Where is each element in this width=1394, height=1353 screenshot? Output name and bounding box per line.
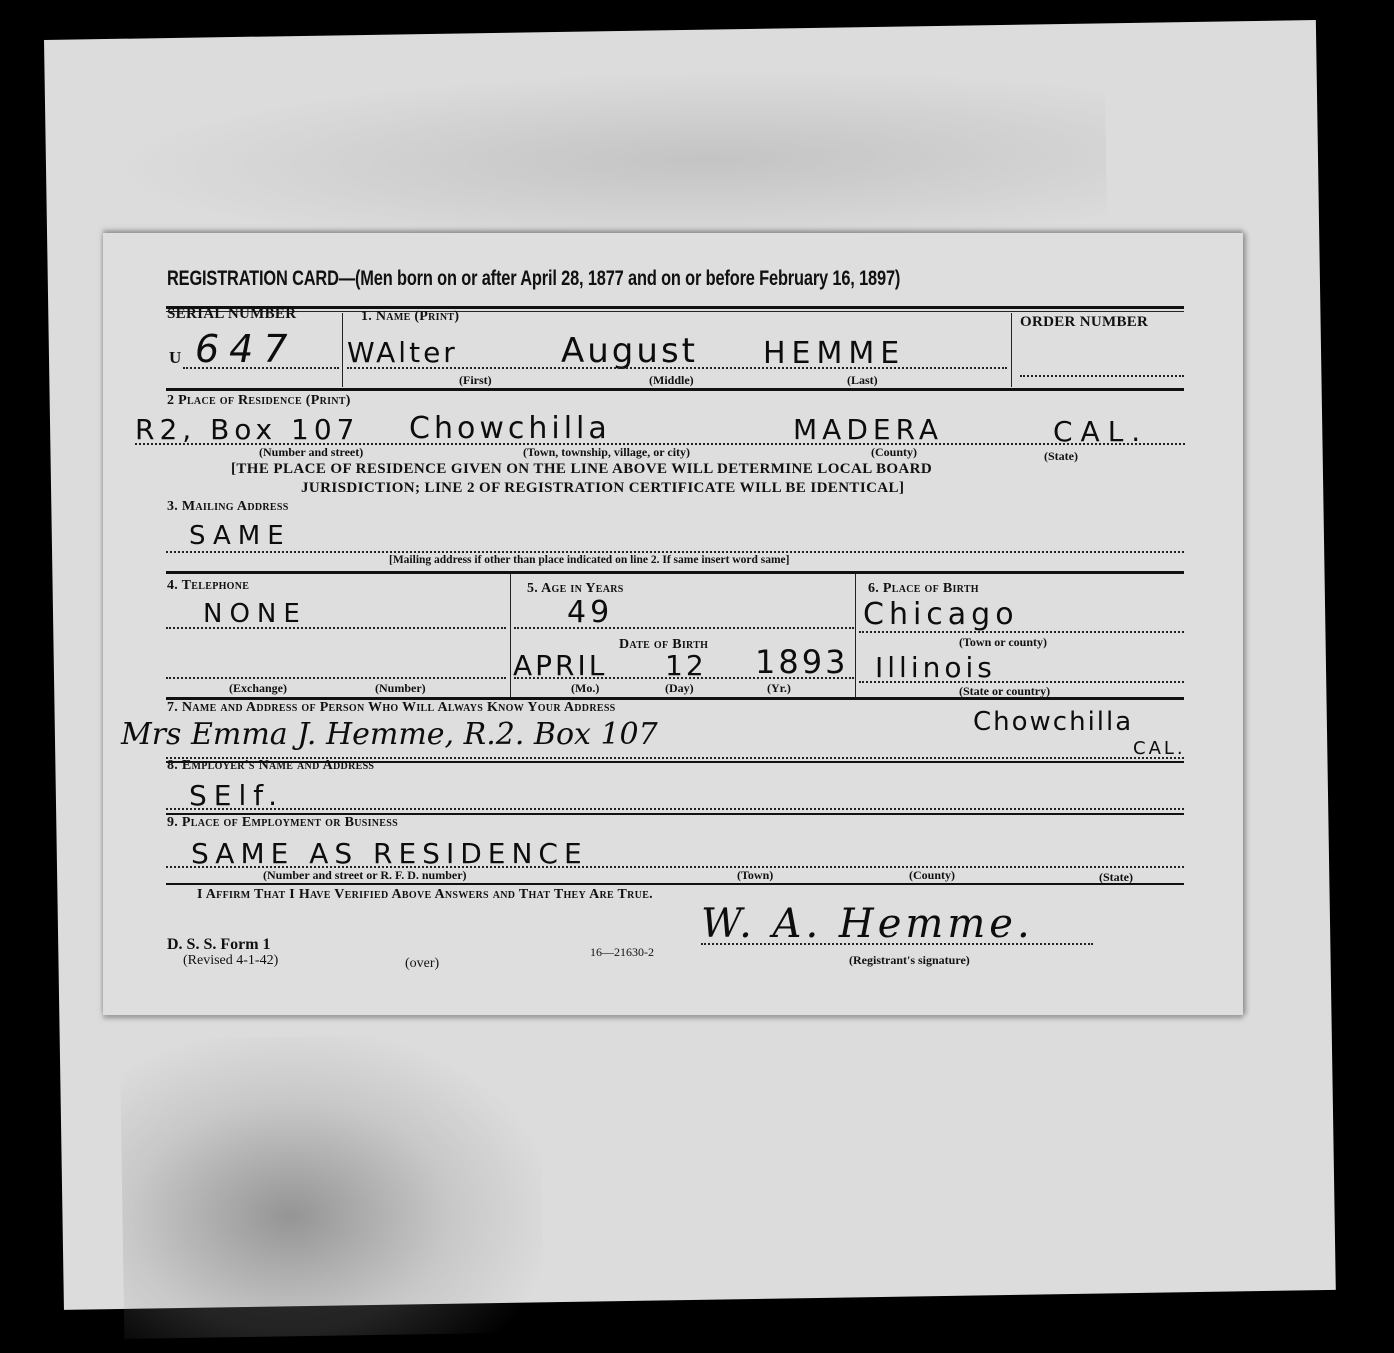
employer-underline [166, 808, 1184, 810]
year-caption: (Yr.) [767, 681, 791, 696]
jurisdiction-notice-2: JURISDICTION; LINE 2 OF REGISTRATION CER… [301, 480, 904, 497]
birthplace-label: 6. Place of Birth [868, 581, 979, 597]
name-first: WAlter [347, 336, 458, 369]
age-underline [514, 627, 854, 629]
birthplace-town-underline [859, 631, 1184, 633]
dob-year: 1893 [755, 643, 848, 681]
birthplace-town: Chicago [863, 597, 1019, 632]
birthplace-town-caption: (Town or county) [959, 635, 1047, 650]
serial-number-label: SERIAL NUMBER [167, 306, 296, 323]
contact-state: CAL. [1133, 738, 1186, 759]
rule [166, 388, 1184, 391]
order-number-underline [1020, 375, 1184, 377]
jurisdiction-notice-1: [THE PLACE OF RESIDENCE GIVEN ON THE LIN… [231, 461, 932, 478]
telephone-value: NONE [203, 599, 307, 629]
over-note: (over) [405, 956, 439, 972]
signature-underline [701, 943, 1093, 945]
town-caption: (Town, township, village, or city) [523, 445, 690, 460]
mailing-value: SAME [189, 521, 291, 551]
residence-street: R2, Box 107 [135, 413, 359, 446]
rule [166, 306, 1184, 309]
registration-card: REGISTRATION CARD—(Men born on or after … [103, 233, 1243, 1015]
mailing-underline [166, 551, 1184, 553]
affirmation-text: I Affirm That I Have Verified Above Answ… [197, 887, 653, 903]
first-caption: (First) [459, 373, 492, 388]
mailing-label: 3. Mailing Address [167, 499, 289, 515]
card-title: REGISTRATION CARD—(Men born on or after … [167, 267, 900, 291]
divider [1011, 313, 1012, 387]
employment-label: 9. Place of Employment or Business [167, 815, 398, 831]
exchange-caption: (Exchange) [229, 681, 287, 696]
dob-underline [514, 677, 854, 679]
county-caption: (County) [871, 445, 917, 460]
serial-prefix: U [169, 348, 182, 368]
employment-town-caption: (Town) [737, 868, 773, 883]
divider [855, 574, 856, 697]
form-revised: (Revised 4-1-42) [183, 953, 278, 969]
residence-label: 2 Place of Residence (Print) [167, 393, 351, 409]
contact-value: Mrs Emma J. Hemme, R.2. Box 107 [121, 717, 658, 752]
rule [166, 883, 1184, 885]
name-underline [347, 367, 1007, 369]
middle-caption: (Middle) [649, 373, 694, 388]
serial-number-value: 647 [195, 327, 298, 371]
employment-county-caption: (County) [909, 868, 955, 883]
telephone-underline [166, 627, 506, 629]
month-caption: (Mo.) [571, 681, 599, 696]
street-caption: (Number and street) [259, 445, 363, 460]
registrant-signature: W. A. Hemme. [701, 901, 1034, 947]
contact-label: 7. Name and Address of Person Who Will A… [167, 700, 616, 716]
employer-label: 8. Employer's Name and Address [167, 758, 374, 774]
rule [166, 311, 1184, 312]
order-number-label: ORDER NUMBER [1020, 314, 1148, 331]
telephone-label: 4. Telephone [167, 578, 249, 594]
number-caption: (Number) [375, 681, 426, 696]
birthplace-state-underline [859, 681, 1184, 683]
residence-county: MADERA [793, 413, 943, 446]
last-caption: (Last) [847, 373, 878, 388]
state-caption: (State) [1044, 449, 1078, 464]
rule [166, 571, 1184, 574]
print-code: 16—21630-2 [590, 945, 654, 960]
name-label: 1. Name (Print) [361, 309, 459, 325]
residence-town: Chowchilla [409, 411, 611, 446]
form-name: D. S. S. Form 1 [167, 936, 271, 954]
age-value: 49 [567, 595, 613, 630]
employment-street-caption: (Number and street or R. F. D. number) [263, 868, 467, 883]
divider [342, 313, 343, 387]
telephone-underline-2 [166, 677, 506, 679]
day-caption: (Day) [665, 681, 694, 696]
name-middle: August [561, 331, 698, 371]
divider [510, 574, 511, 697]
mailing-caption: [Mailing address if other than place ind… [389, 554, 789, 566]
contact-town: Chowchilla [973, 707, 1133, 737]
signature-caption: (Registrant's signature) [849, 953, 970, 968]
name-last: HEMME [763, 336, 905, 371]
birthplace-state: Illinois [875, 651, 996, 684]
serial-underline [183, 367, 339, 369]
